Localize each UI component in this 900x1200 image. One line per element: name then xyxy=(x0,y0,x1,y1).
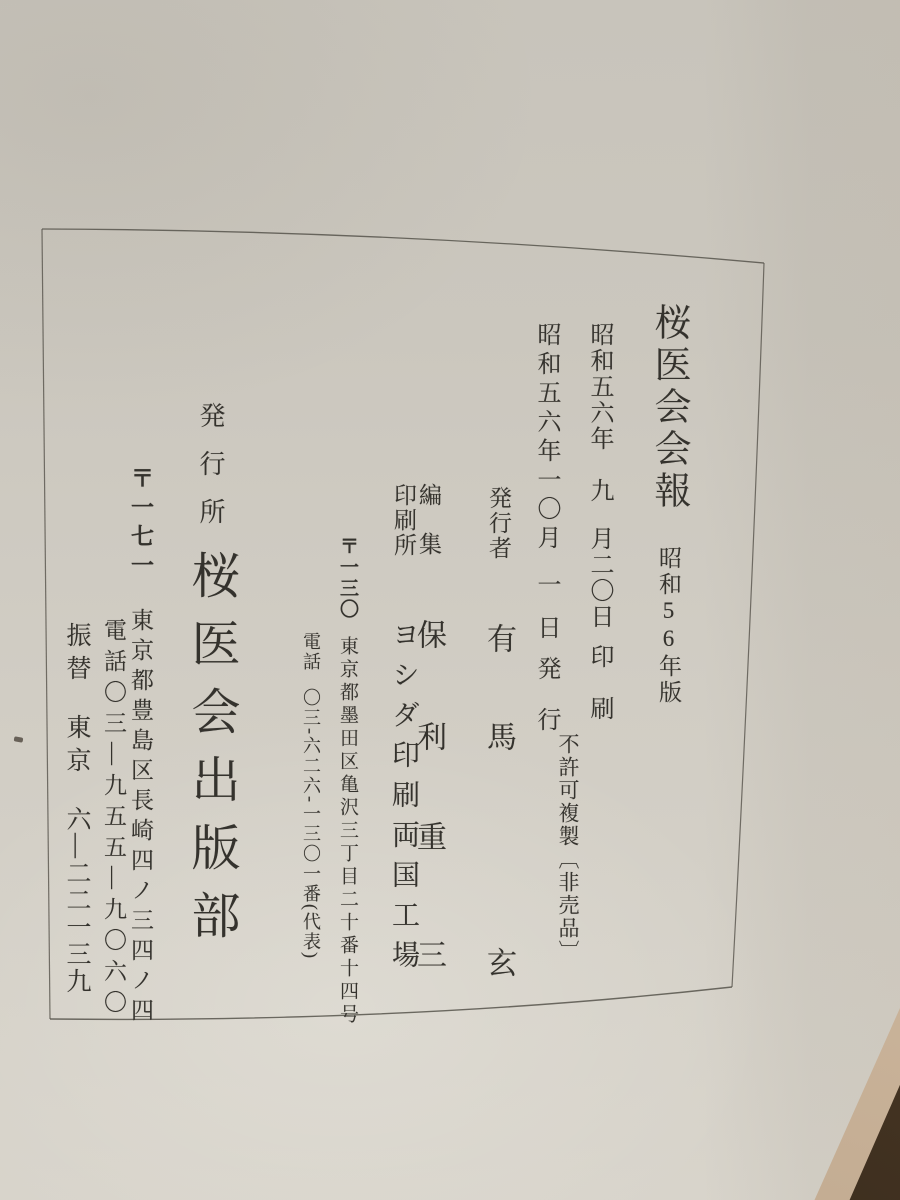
copyright-notice-column: 不許可複製〔非売品〕 xyxy=(557,733,578,963)
publish-date-year: 昭和五六年一〇月 xyxy=(533,322,559,554)
printer-phone-label: 電話 xyxy=(301,632,321,672)
report-title: 桜医会会報 xyxy=(648,303,689,513)
publisher-phone-label: 電話 xyxy=(101,618,126,680)
publisher-phone-number: 〇三―九五五―九〇六〇 xyxy=(101,680,126,1021)
publisher-label: 発行所 xyxy=(196,402,225,546)
transfer-label: 振替 xyxy=(63,622,90,688)
editor-label: 編 xyxy=(416,483,441,506)
printer-postal-code: 〒一三〇 xyxy=(337,536,358,620)
printer-address-column: 〒一三〇東京都墨田区亀沢三丁目二十番十四号 xyxy=(338,536,357,1027)
publisher-phone-column: 電話〇三―九五五―九〇六〇 xyxy=(102,618,125,1021)
print-date-year: 昭和五六年 xyxy=(586,322,612,452)
publisher-label-column: 発行所 xyxy=(197,402,223,546)
publisher-name: 桜医会出版部 xyxy=(185,550,240,958)
printer-address: 東京都墨田区亀沢三丁目二十番十四号 xyxy=(337,636,358,1027)
print-date-column: 昭和五六年九月二〇日印刷 xyxy=(587,322,611,722)
postal-transfer-column: 振替東京六―二二一三九 xyxy=(64,622,89,995)
publish-date-column: 昭和五六年一〇月一日発行 xyxy=(534,322,558,736)
title-column: 桜医会会報昭和56年版 xyxy=(650,303,687,706)
publisher-address-column: 〒一七一東京都豊島区長崎四ノ三四ノ四 xyxy=(129,466,152,1028)
publisher-person-label: 発行者 xyxy=(486,486,511,561)
printer-company: ヨシダ印刷両国工場 xyxy=(388,620,419,980)
printer-phone-column: 電話〇三-六二六-一三〇一番(代表) xyxy=(302,632,320,960)
printer-label: 印刷所 xyxy=(391,483,416,558)
publisher-address: 東京都豊島区長崎四ノ三四ノ四 xyxy=(128,608,153,1028)
publisher-postal-code: 〒一七一 xyxy=(128,466,153,582)
book-colophon-photo: 桜医会会報昭和56年版 昭和五六年九月二〇日印刷 昭和五六年一〇月一日発行 不許… xyxy=(0,0,900,1200)
edition-label: 昭和56年版 xyxy=(656,546,681,706)
printer-phone-number: 〇三-六二六-一三〇一番(代表) xyxy=(301,688,321,960)
printer-column: 印刷所ヨシダ印刷両国工場 xyxy=(389,483,417,980)
transfer-city: 東京 xyxy=(63,714,90,780)
not-for-sale-notice: 不許可複製〔非売品〕 xyxy=(556,733,580,963)
transfer-number: 六―二二一三九 xyxy=(63,806,90,995)
publisher-person-column: 発行者有馬玄 xyxy=(483,486,513,977)
publisher-name-column: 桜医会出版部 xyxy=(188,550,237,958)
